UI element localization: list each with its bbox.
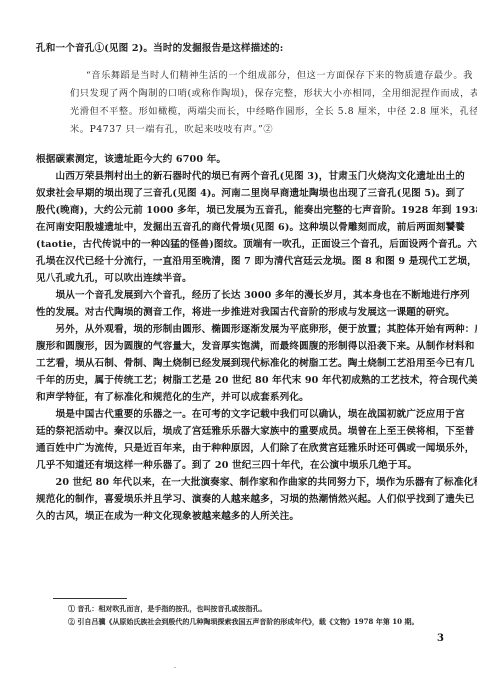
body-line: 见八孔或九孔，可以吹出连续半音。 (36, 273, 192, 285)
quote-line: “音乐舞蹈是当时人们精神生活的一个组成部分，但这一方面保存下来的物质遗存最少。我 (86, 70, 473, 82)
document-page: 孔和一个音孔①(见图 2)。当时的发掘报告是这样描述的: “音乐舞蹈是当时人们精… (0, 0, 477, 690)
body-line: 千年的历史，属于传统工艺；树脂工艺是 20 世纪 80 年代末 90 年代初成熟… (36, 375, 477, 387)
footnote-divider (53, 598, 127, 599)
body-line: 几乎不知道还有埙这样一种乐器了。到了 20 世纪三四十年代，在公演中埙乐几绝于耳… (36, 460, 417, 472)
footnote-1: ① 音孔：相对吹孔而言，是手指的按孔，也叫按音孔或按指孔。 (68, 604, 266, 613)
body-line: 20 世纪 80 年代以来，在一大批演奏家、制作家和作曲家的共同努力下，埙作为乐… (36, 477, 477, 489)
page-number: 3 (437, 633, 444, 644)
body-line: 山西万荣县荆村出土的新石器时代的埙已有两个音孔(见图 3)，甘肃玉门火烧沟文化遗… (36, 171, 465, 183)
body-line: 根据碳素测定，该遗址距今大约 6700 年。 (36, 154, 226, 166)
scan-speck (174, 667, 176, 668)
body-line: 和声学特征，有了标准化和规范化的生产，并可以成套系列化。 (36, 392, 309, 404)
body-line: 久的古风，埙正在成为一种文化现象被越来越多的人所关注。 (36, 511, 299, 523)
body-line: 性的发展。对古代陶埙的测音工作，将进一步推进对我国古代音阶的形成与发展这一课题的… (36, 307, 455, 319)
body-line: 在河南安阳殷墟遗址中，发掘出五音孔的商代骨埙(见图 6)。这种埙以骨雕刻而成，前… (36, 222, 465, 234)
body-line: 工艺看，埙从石制、骨制、陶土烧制已经发展到现代标准化的树脂工艺。陶土烧制工艺沿用… (36, 358, 474, 370)
intro-line: 孔和一个音孔①(见图 2)。当时的发掘报告是这样描述的: (36, 43, 284, 55)
body-line: 通百姓中广为流传，只是近百年来，由于种种原因，人们除了在欣赏宫廷雅乐时还可偶或一… (36, 443, 474, 455)
scan-speck (320, 490, 321, 491)
body-line: 规范化的制作，喜爱埙乐并且学习、演奏的人越来越多，习埙的热潮悄然兴起。人们似乎找… (36, 494, 474, 506)
quote-line: 们只发现了两个陶制的口哨(或称作陶埙)，保存完整，形状大小亦相同，全用细泥捏作而… (70, 88, 477, 100)
quote-line: 光滑但不平整。形如橄榄，两端尖而长，中经略作圆形，全长 5.8 厘米，中径 2.… (70, 106, 477, 118)
body-line: 腹形和圆腹形，因为圆腹的气容量大，发音厚实饱满，而最终圆腹的形制得以沿袭下来。从… (36, 341, 474, 353)
quote-line: 米。P4737 只一端有孔，吹起来吱吱有声。”② (70, 124, 273, 136)
body-line: 奴隶社会早期的埙出现了三音孔(见图 4)。河南二里岗早商遗址陶埙也出现了三音孔(… (36, 188, 465, 200)
body-line: 埙是中国古代重要的乐器之一。在可考的文字记载中我们可以确认，埙在战国初就广泛应用… (36, 409, 465, 421)
body-line: 殷代(晚商)，大约公元前 1000 多年，埙已发展为五音孔，能奏出完整的七声音阶… (36, 205, 477, 217)
body-line: (taotie，古代传说中的一种凶猛的怪兽)图纹。顶端有一吹孔，正面设三个音孔，… (36, 239, 477, 251)
body-line: 另外，从外观看，埙的形制由圆形、椭圆形逐渐发展为平底卵形，便于放置；其腔体开始有… (36, 324, 477, 336)
body-line: 廷的祭祀活动中。秦汉以后，埙成了宫廷雅乐乐器大家族中的重要成员。埙曾在上至王侯将… (36, 426, 474, 438)
footnote-2: ② 引自吕骥《从原始氏族社会到殷代的几种陶埙探索我国五声音阶的形成年代》，载《文… (68, 617, 418, 626)
body-line: 埙从一个音孔发展到六个音孔，经历了长达 3000 多年的漫长岁月，其本身也在不断… (36, 290, 470, 302)
body-line: 孔埙在汉代已经十分流行，一直沿用至晚清，图 7 即为清代宫廷云龙埙。图 8 和图… (36, 256, 477, 268)
